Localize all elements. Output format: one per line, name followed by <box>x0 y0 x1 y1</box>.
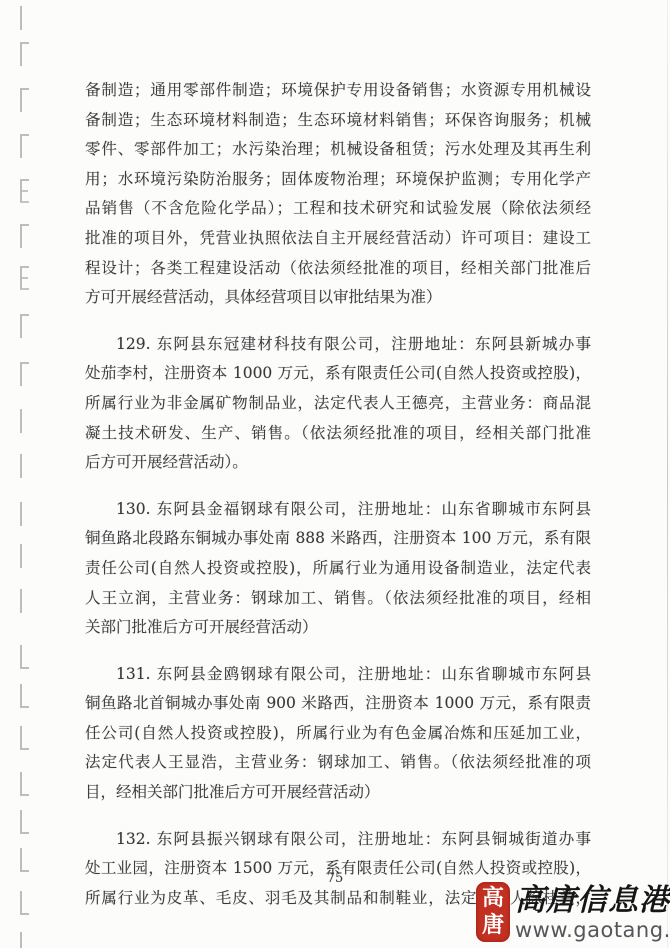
text-line: 目，经相关部门批准后方可开展经营活动） <box>85 778 591 808</box>
binding-hole-mark <box>20 88 29 112</box>
document-text: 备制造；通用零部件制造；环境保护专用设备销售；水资源专用机械设备制造；生态环境材… <box>85 76 591 913</box>
text-line: 所属行业为非金属矿物制品业，法定代表人王德亮，主营业务：商品混 <box>85 389 591 419</box>
seal-char-bottom: 唐 <box>482 912 504 939</box>
seal-char-top: 高 <box>482 885 504 912</box>
text-line: 法定代表人王显浩，主营业务：钢球加工、销售。（依法须经批准的项 <box>85 748 591 778</box>
binding-hole-mark <box>20 314 29 338</box>
paragraph: 129. 东阿县东冠建材科技有限公司，注册地址：东阿县新城办事处茄李村，注册资本… <box>85 330 591 478</box>
binding-hole-mark <box>20 134 29 158</box>
paragraph: 备制造；通用零部件制造；环境保护专用设备销售；水资源专用机械设备制造；生态环境材… <box>85 76 591 313</box>
binding-hole-mark <box>20 224 29 248</box>
text-line: 132. 东阿县振兴钢球有限公司，注册地址：东阿县铜城街道办事 <box>85 825 591 855</box>
text-line: 任公司(自然人投资或控股)，所属行业为有色金属冶炼和压延加工业， <box>85 719 591 749</box>
text-line: 备制造；通用零部件制造；环境保护专用设备销售；水资源专用机械设 <box>85 76 591 106</box>
binding-marks <box>0 0 40 948</box>
watermark-url: www.gaotang.cc <box>515 920 670 940</box>
text-line: 批准的项目外，凭营业执照依法自主开展经营活动）许可项目：建设工 <box>85 224 591 254</box>
binding-hole-mark <box>20 6 29 30</box>
text-line: 人王立润，主营业务：钢球加工、销售。（依法须经批准的项目，经相 <box>85 584 591 614</box>
watermark-url-gray: www.gaotang. <box>515 918 670 942</box>
text-line: 方可开展经营活动，具体经营项目以审批结果为准） <box>85 283 591 313</box>
text-line: 处茄李村，注册资本 1000 万元，系有限责任公司(自然人投资或控股)， <box>85 359 591 389</box>
text-line: 程设计；各类工程建设活动（依法须经批准的项目，经相关部门批准后 <box>85 254 591 284</box>
text-line: 129. 东阿县东冠建材科技有限公司，注册地址：东阿县新城办事 <box>85 330 591 360</box>
text-line: 责任公司(自然人投资或控股)，所属行业为通用设备制造业，法定代表 <box>85 554 591 584</box>
paragraph: 131. 东阿县金鸥钢球有限公司，注册地址：山东省聊城市东阿县铜鱼路北首铜城办事… <box>85 660 591 808</box>
binding-hole-mark <box>20 362 29 386</box>
text-line: 关部门批准后方可开展经营活动） <box>85 613 591 643</box>
binding-hole-mark <box>20 409 29 433</box>
text-line: 品销售（不含危险化学品）；工程和技术研究和试验发展（除依法须经 <box>85 194 591 224</box>
binding-hole-mark <box>20 645 29 669</box>
binding-hole-mark <box>20 772 29 796</box>
text-line: 备制造；生态环境材料制造；生态环境材料销售；环保咨询服务；机械 <box>85 106 591 136</box>
text-line: 131. 东阿县金鸥钢球有限公司，注册地址：山东省聊城市东阿县 <box>85 660 591 690</box>
text-line: 130. 东阿县金福钢球有限公司，注册地址：山东省聊城市东阿县 <box>85 495 591 525</box>
text-line: 铜鱼路北首铜城办事处南 900 米路西，注册资本 1000 万元，系有限责 <box>85 689 591 719</box>
binding-hole-mark <box>20 266 29 290</box>
binding-hole-mark <box>20 684 29 708</box>
text-line: 后方可开展经营活动）。 <box>85 448 591 478</box>
binding-hole-mark <box>20 726 29 750</box>
site-watermark: 高 唐 高唐信息港 www.gaotang.cc <box>476 882 670 942</box>
paragraph: 130. 东阿县金福钢球有限公司，注册地址：山东省聊城市东阿县铜鱼路北段路东铜城… <box>85 495 591 643</box>
binding-hole-mark <box>20 891 29 915</box>
binding-hole-mark <box>20 932 29 948</box>
binding-hole-mark <box>20 810 29 834</box>
binding-hole-mark <box>20 544 29 568</box>
text-line: 零件、零部件加工；水污染治理；机械设备租赁；污水处理及其再生利 <box>85 135 591 165</box>
text-line: 凝土技术研发、生产、销售。（依法须经批准的项目，经相关部门批准 <box>85 419 591 449</box>
gaotang-seal-icon: 高 唐 <box>476 882 510 942</box>
binding-hole-mark <box>20 179 29 203</box>
watermark-brand-text: 高唐信息港 <box>515 882 670 920</box>
binding-hole-mark <box>20 454 29 478</box>
binding-hole-mark <box>20 502 29 526</box>
binding-hole-mark <box>20 42 29 66</box>
text-line: 铜鱼路北段路东铜城办事处南 888 米路西，注册资本 100 万元，系有限 <box>85 524 591 554</box>
binding-hole-mark <box>20 589 29 613</box>
binding-hole-mark <box>20 848 29 872</box>
scan-edge-line <box>667 0 668 948</box>
text-line: 用；水环境污染防治服务；固体废物治理；环境保护监测；专用化学产 <box>85 165 591 195</box>
